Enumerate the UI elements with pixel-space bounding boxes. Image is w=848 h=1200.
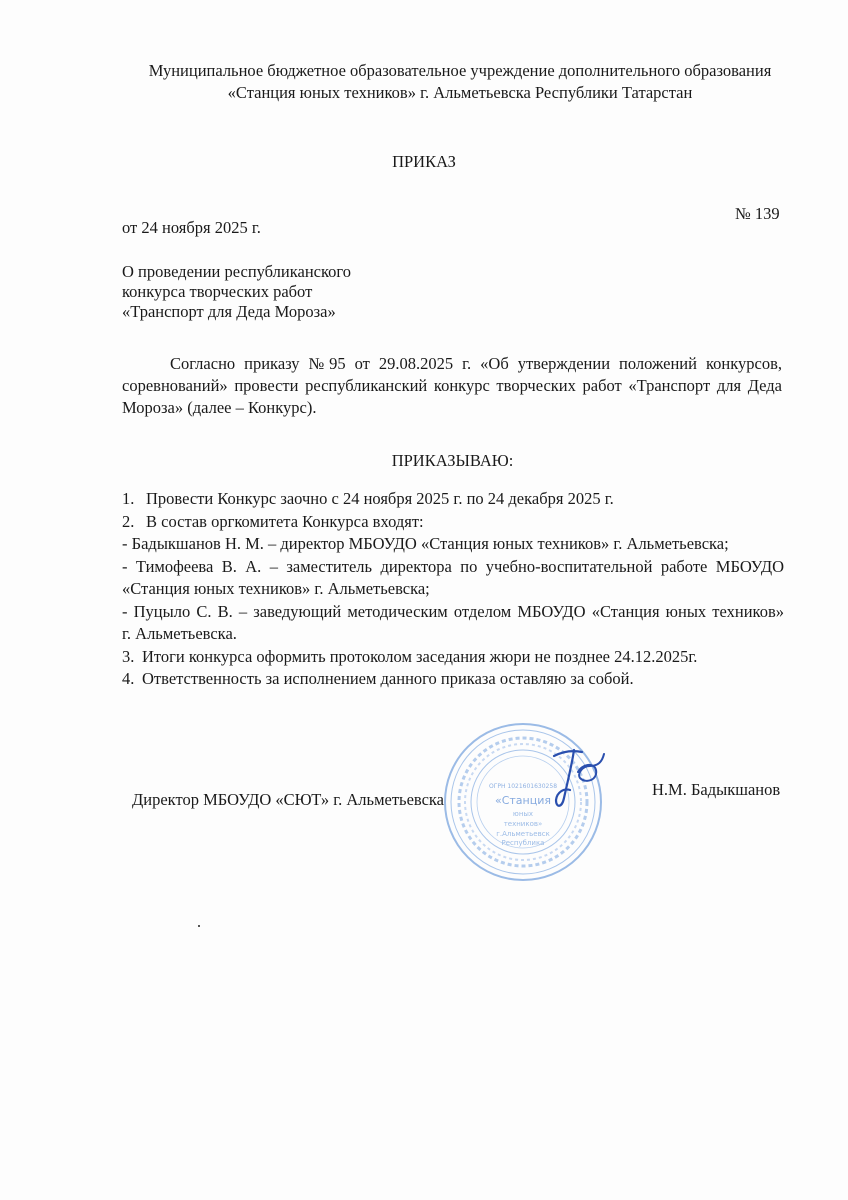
item-text: Ответственность за исполнением данного п…	[142, 669, 634, 688]
subject-line: конкурса творческих работ	[122, 282, 351, 302]
committee-member: - Пуцыло С. В. – заведующий методическим…	[122, 601, 784, 624]
order-item: 2.В состав оргкомитета Конкурса входят:	[122, 511, 784, 534]
item-text: В состав оргкомитета Конкурса входят:	[146, 512, 424, 531]
item-number: 2.	[122, 511, 146, 534]
document-page: Муниципальное бюджетное образовательное …	[0, 0, 848, 1200]
organization-name-line1: Муниципальное бюджетное образовательное …	[100, 60, 820, 82]
preamble-line: соревнований» провести республиканский к…	[122, 375, 782, 397]
scan-speck	[198, 925, 200, 927]
order-item: 4.Ответственность за исполнением данного…	[122, 668, 784, 691]
item-number: 1.	[122, 488, 146, 511]
item-number: 3.	[122, 646, 142, 669]
organization-name-line2: «Станция юных техников» г. Альметьевска …	[100, 82, 820, 104]
document-date: от 24 ноября 2025 г.	[122, 218, 261, 238]
order-items-list: 1.Провести Конкурс заочно с 24 ноября 20…	[122, 488, 784, 691]
preamble-paragraph: Согласно приказу №95 от 29.08.2025 г. «О…	[122, 353, 782, 419]
stamp-text: юных	[513, 810, 533, 818]
stamp-center-text: «Станция	[495, 794, 551, 807]
signature-icon	[548, 740, 608, 815]
item-text: Итоги конкурса оформить протоколом засед…	[142, 647, 697, 666]
preamble-line: Согласно приказу №95 от 29.08.2025 г. «О…	[122, 353, 782, 375]
subject-line: «Транспорт для Деда Мороза»	[122, 302, 351, 322]
committee-member-continued: «Станция юных техников» г. Альметьевска;	[122, 578, 784, 601]
stamp-small-text: ОГРН 1021601630258	[489, 783, 557, 790]
order-item: 3.Итоги конкурса оформить протоколом зас…	[122, 646, 784, 669]
preamble-line: Мороза» (далее – Конкурс).	[122, 397, 782, 419]
committee-member-continued: г. Альметьевска.	[122, 623, 784, 646]
committee-member: - Бадыкшанов Н. М. – директор МБОУДО «Ст…	[122, 533, 784, 556]
document-title: ПРИКАЗ	[0, 152, 848, 172]
document-number: № 139	[735, 204, 780, 224]
stamp-text: Республика	[502, 839, 545, 847]
stamp-text: техников»	[504, 820, 543, 828]
signatory-name: Н.М. Бадыкшанов	[652, 780, 780, 800]
committee-member: - Тимофеева В. А. – заместитель директор…	[122, 556, 784, 579]
stamp-text: г.Альметьевск	[496, 830, 550, 838]
subject-line: О проведении республиканского	[122, 262, 351, 282]
signatory-title: Директор МБОУДО «СЮТ» г. Альметьевска	[132, 790, 444, 810]
order-subject: О проведении республиканского конкурса т…	[122, 262, 351, 322]
item-text: Провести Конкурс заочно с 24 ноября 2025…	[146, 489, 614, 508]
item-number: 4.	[122, 668, 142, 691]
order-item: 1.Провести Конкурс заочно с 24 ноября 20…	[122, 488, 784, 511]
organization-header: Муниципальное бюджетное образовательное …	[100, 60, 820, 104]
order-heading: ПРИКАЗЫВАЮ:	[0, 451, 848, 471]
